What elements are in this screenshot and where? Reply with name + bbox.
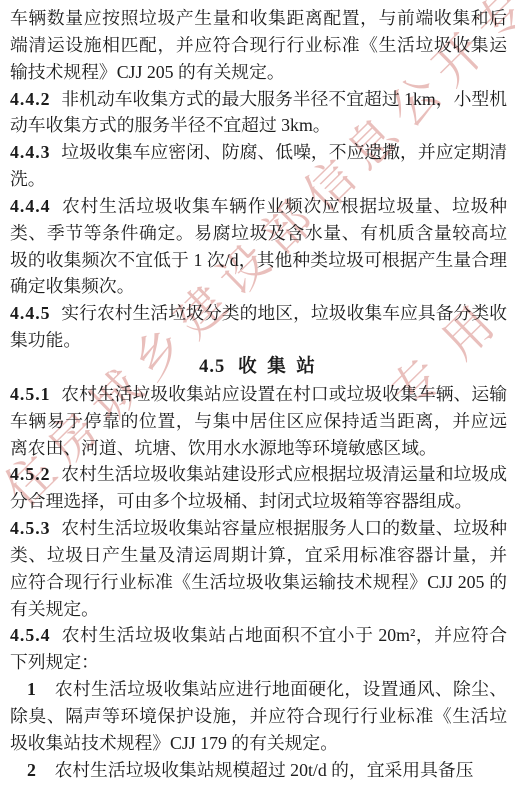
clause-paragraph: 4.5.1农村生活垃圾收集站应设置在村口或垃圾收集车辆、运输车辆易于停靠的位置，… (10, 381, 507, 462)
clause-number: 4.4.5 (10, 303, 51, 323)
clause-paragraph: 4.4.5实行农村生活垃圾分类的地区，垃圾收集车应具备分类收集功能。 (10, 300, 507, 354)
clause-text: 非机动车收集方式的最大服务半径不宜超过 1km，小型机动车收集方式的服务半径不宜… (10, 89, 507, 136)
clause-number: 4.5.1 (10, 384, 51, 404)
clause-paragraph: 4.4.2非机动车收集方式的最大服务半径不宜超过 1km，小型机动车收集方式的服… (10, 86, 507, 140)
clause-number: 4.4.3 (10, 142, 51, 162)
clause-number: 4.5.4 (10, 625, 51, 645)
document-page: 住房城乡建设部信息公开专 专用 车辆数量应按照垃圾产生量和收集距离配置，与前端收… (0, 0, 515, 797)
clause-text: 农村生活垃圾收集站建设形式应根据垃圾清运量和垃圾成分合理选择，可由多个垃圾桶、封… (10, 464, 507, 511)
clause-number: 4.4.4 (10, 196, 51, 216)
clause-paragraph: 4.4.4农村生活垃圾收集车辆作业频次应根据垃圾量、垃圾种类、季节等条件确定。易… (10, 193, 507, 300)
list-item-paragraph: 1农村生活垃圾收集站应进行地面硬化，设置通风、除尘、除臭、隔声等环境保护设施，并… (10, 676, 507, 757)
clause-text: 农村生活垃圾收集站应设置在村口或垃圾收集车辆、运输车辆易于停靠的位置，与集中居住… (10, 384, 507, 458)
clause-text: 车辆数量应按照垃圾产生量和收集距离配置，与前端收集和后端清运设施相匹配，并应符合… (10, 8, 507, 82)
clause-text: 垃圾收集车应密闭、防腐、低噪，不应遗撒，并应定期清洗。 (10, 142, 507, 189)
clause-text: 农村生活垃圾收集站规模超过 20t/d 的，宜采用具备压 (55, 760, 474, 780)
document-content: 车辆数量应按照垃圾产生量和收集距离配置，与前端收集和后端清运设施相匹配，并应符合… (10, 5, 507, 783)
clause-text: 农村生活垃圾收集站应进行地面硬化，设置通风、除尘、除臭、隔声等环境保护设施，并应… (10, 679, 507, 753)
section-heading-title: 收 集 站 (238, 357, 318, 377)
list-item-paragraph: 2农村生活垃圾收集站规模超过 20t/d 的，宜采用具备压 (10, 757, 507, 784)
clause-number: 4.5.2 (10, 464, 51, 484)
clause-number: 2 (27, 760, 36, 780)
clause-text: 实行农村生活垃圾分类的地区，垃圾收集车应具备分类收集功能。 (10, 303, 507, 350)
clause-text: 农村生活垃圾收集车辆作业频次应根据垃圾量、垃圾种类、季节等条件确定。易腐垃圾及含… (10, 196, 507, 297)
clause-paragraph: 4.5.4农村生活垃圾收集站占地面积不宜小于 20m²，并应符合下列规定： (10, 622, 507, 676)
section-heading: 4.5收 集 站 (10, 354, 507, 381)
clause-number: 4.4.2 (10, 89, 51, 109)
section-heading-number: 4.5 (199, 357, 225, 377)
clause-paragraph: 4.4.3垃圾收集车应密闭、防腐、低噪，不应遗撒，并应定期清洗。 (10, 139, 507, 193)
clause-number: 1 (27, 679, 36, 699)
clause-text: 农村生活垃圾收集站占地面积不宜小于 20m²，并应符合下列规定： (10, 625, 507, 672)
clause-number: 4.5.3 (10, 518, 51, 538)
clause-paragraph: 车辆数量应按照垃圾产生量和收集距离配置，与前端收集和后端清运设施相匹配，并应符合… (10, 5, 507, 86)
clause-paragraph: 4.5.2农村生活垃圾收集站建设形式应根据垃圾清运量和垃圾成分合理选择，可由多个… (10, 461, 507, 515)
clause-text: 农村生活垃圾收集站容量应根据服务人口的数量、垃圾种类、垃圾日产生量及清运周期计算… (10, 518, 507, 619)
clause-paragraph: 4.5.3农村生活垃圾收集站容量应根据服务人口的数量、垃圾种类、垃圾日产生量及清… (10, 515, 507, 622)
